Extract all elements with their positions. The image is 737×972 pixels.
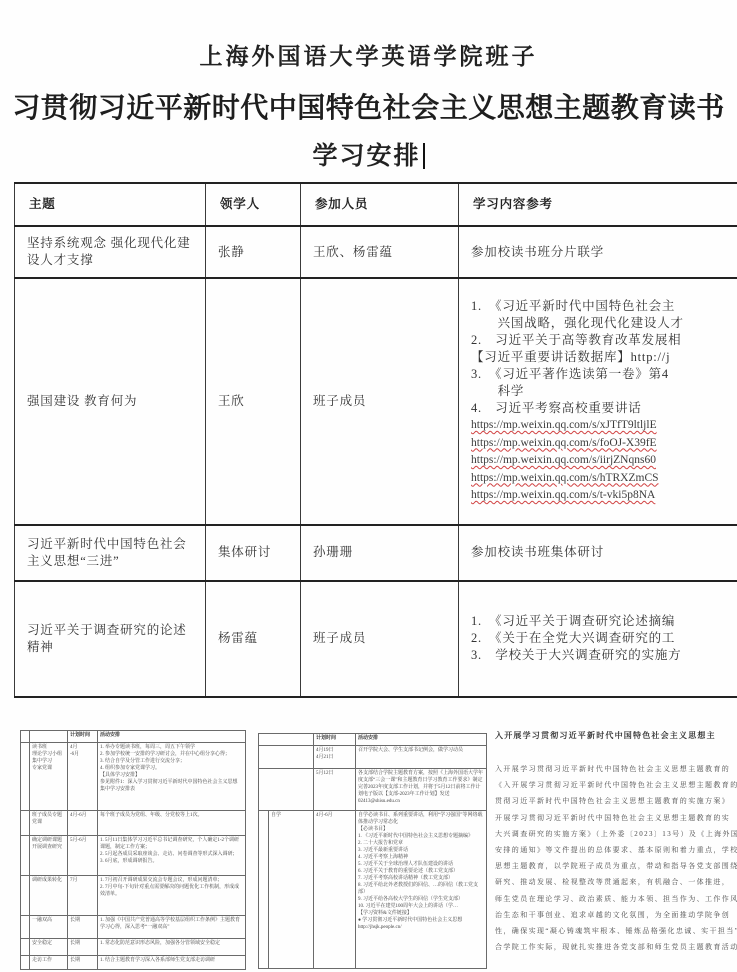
participants-cell: 王欣、杨雷蕴 (301, 226, 459, 278)
document-canvas: 上海外国语大学英语学院班子 习贯彻习近平新时代中国特色社会主义思想主题教育读书 … (0, 0, 737, 972)
page-title-line3: 学习安排 (0, 136, 737, 172)
leader-cell: 王欣 (206, 278, 301, 525)
table-header-row: 计划时间 活动安排 (259, 734, 487, 746)
column-header-participants: 参加人员 (301, 183, 459, 226)
activity-cell: 1. 5月11日集体学习习近平总书记调查研究，个人确定1-2个调研课题，制定工作… (98, 836, 246, 876)
label-cell: 走访工作 (30, 956, 68, 970)
column-header-topic: 主题 (15, 183, 206, 226)
time-cell: 7月 (68, 876, 98, 916)
activity-cell: 1. 结合主题教育学习深入各系部师生党支部走访调研 (98, 956, 246, 970)
table-row: 读书班 理论学习小组 集中学习 专家党课 4月 -6月 1. 举办专题读书班，每… (21, 743, 246, 811)
content-cell: 参加校读书班分片联学 (459, 226, 737, 278)
content-cell: 1. 《习近平新时代中国特色社会主 兴国战略，强化现代化建设人才 2. 习近平关… (459, 278, 737, 525)
weixin-link-list[interactable]: https://mp.weixin.qq.com/s/xJTfT9ltljlE … (471, 417, 737, 505)
label-cell: 确定调研课题 开展调查研究 (30, 836, 68, 876)
label-cell (259, 769, 314, 811)
participants-cell: 孙珊珊 (301, 525, 459, 581)
label-cell: 一融双高 (30, 916, 68, 939)
empty-cell (21, 876, 30, 916)
schedule-table-middle: 计划时间 活动安排 4月19日 4月21日 召开学院大会、学生支部书记例会，做学… (258, 733, 487, 969)
column-header-activity: 活动安排 (356, 734, 487, 746)
table-header-row: 计划时间 活动安排 (21, 731, 246, 743)
leader-cell: 张静 (206, 226, 301, 278)
time-cell: 5月-6月 (68, 836, 98, 876)
column-header-content: 学习内容参考 (459, 183, 737, 226)
reference-list: 1. 《习近平新时代中国特色社会主 兴国战略，强化现代化建设人才 2. 习近平关… (471, 299, 684, 415)
table-row: 一融双高 长期 1. 加强《中国共产党普通高等学校基层组织工作条例》主题教育学习… (21, 916, 246, 939)
title-text: 学习安排 (312, 143, 420, 170)
time-cell: 4月-6月 (68, 811, 98, 836)
content-cell: 1. 《习近平关于调查研究论述摘编 2. 《关于在全党大兴调查研究的工 3. 学… (459, 581, 737, 697)
table-row: 安全稳定 长期 1. 常态化防范意识形态风险，加强各分管领域安全稳定 (21, 939, 246, 956)
activity-cell: 1. 加强《中国共产党普通高等学校基层组织工作条例》主题教育学习心得，深入思考“… (98, 916, 246, 939)
table-row: 自学 4月-6月 自学必读书目、系列重要讲话，利用“学习强国”等网络载体推动学习… (259, 811, 487, 969)
table-row: 班子成员专题党课 4月-6月 每个班子成员为党组、年级、分党校等上1次。 (21, 811, 246, 836)
time-cell: 4月 -6月 (68, 743, 98, 811)
column-header-time: 计划时间 (314, 734, 356, 746)
time-cell: 5月12日 (314, 769, 356, 811)
page-title-line2: 习贯彻习近平新时代中国特色社会主义思想主题教育读书 (12, 86, 725, 126)
topic-cell: 坚持系统观念 强化现代化建设人才支撑 (15, 226, 206, 278)
table-row: 4月19日 4月21日 召开学院大会、学生支部书记例会，做学习动员 (259, 746, 487, 769)
leader-cell: 集体研讨 (206, 525, 301, 581)
empty-cell (30, 731, 68, 743)
leader-cell: 杨雷蕴 (206, 581, 301, 697)
activity-cell: 自学必读书目、系列重要讲话，利用“学习强国”等网络载体推动学习常态化 【必读书目… (356, 811, 487, 969)
table-row: 强国建设 教育何为 王欣 班子成员 1. 《习近平新时代中国特色社会主 兴国战略… (15, 278, 737, 525)
column-header-time: 计划时间 (68, 731, 98, 743)
activity-cell: 召开学院大会、学生支部书记例会，做学习动员 (356, 746, 487, 769)
topic-cell: 强国建设 教育何为 (15, 278, 206, 525)
time-cell: 长期 (68, 956, 98, 970)
topic-cell: 习近平新时代中国特色社会主义思想“三进” (15, 525, 206, 581)
time-cell: 长期 (68, 939, 98, 956)
empty-cell (21, 731, 30, 743)
notice-body: 入开展学习贯彻习近平新时代中国特色社会主义思想主题教育的 《入开展学习贯彻习近平… (495, 761, 737, 955)
schedule-table-left: 计划时间 活动安排 读书班 理论学习小组 集中学习 专家党课 4月 -6月 1.… (20, 730, 246, 970)
table-row: 习近平关于调查研究的论述精神 杨雷蕴 班子成员 1. 《习近平关于调查研究论述摘… (15, 581, 737, 697)
notice-title: 入开展学习贯彻习近平新时代中国特色社会主义思想主 (495, 730, 737, 741)
study-plan-table: 主题 领学人 参加人员 学习内容参考 坚持系统观念 强化现代化建设人才支撑 张静… (14, 182, 737, 698)
page-title-line1: 上海外国语大学英语学院班子 (0, 38, 737, 71)
column-header-leader: 领学人 (206, 183, 301, 226)
notice-text-page: 入开展学习贯彻习近平新时代中国特色社会主义思想主 入开展学习贯彻习近平新时代中国… (495, 730, 737, 955)
time-cell: 4月19日 4月21日 (314, 746, 356, 769)
empty-cell (21, 916, 30, 939)
table-row: 确定调研课题 开展调查研究 5月-6月 1. 5月11日集体学习习近平总书记调查… (21, 836, 246, 876)
column-header-activity: 活动安排 (98, 731, 246, 743)
label-cell: 自学 (269, 811, 314, 969)
time-cell: 4月-6月 (314, 811, 356, 969)
empty-cell (21, 836, 30, 876)
text-cursor (423, 143, 425, 169)
activity-cell: 各支部结合学院主题教育方案，按照《上海外国语大学年度支部“三会一课”和主题教育日… (356, 769, 487, 811)
activity-cell: 每个班子成员为党组、年级、分党校等上1次。 (98, 811, 246, 836)
table-row: 调研成果转化 7月 1. 7月初召开调研成果交流会专题会议，形成问题清单； 2.… (21, 876, 246, 916)
table-row: 走访工作 长期 1. 结合主题教育学习深入各系部师生党支部走访调研 (21, 956, 246, 970)
label-cell: 安全稳定 (30, 939, 68, 956)
empty-cell (21, 939, 30, 956)
table-row: 5月12日 各支部结合学院主题教育方案，按照《上海外国语大学年度支部“三会一课”… (259, 769, 487, 811)
participants-cell: 班子成员 (301, 278, 459, 525)
topic-cell: 习近平关于调查研究的论述精神 (15, 581, 206, 697)
empty-cell (259, 811, 269, 969)
time-cell: 长期 (68, 916, 98, 939)
empty-cell (259, 734, 314, 746)
label-cell: 班子成员专题党课 (30, 811, 68, 836)
table-row: 坚持系统观念 强化现代化建设人才支撑 张静 王欣、杨雷蕴 参加校读书班分片联学 (15, 226, 737, 278)
activity-cell: 1. 常态化防范意识形态风险，加强各分管领域安全稳定 (98, 939, 246, 956)
empty-cell (21, 956, 30, 970)
empty-cell (21, 811, 30, 836)
empty-cell (21, 743, 30, 811)
participants-cell: 班子成员 (301, 581, 459, 697)
table-header-row: 主题 领学人 参加人员 学习内容参考 (15, 183, 737, 226)
label-cell: 读书班 理论学习小组 集中学习 专家党课 (30, 743, 68, 811)
label-cell (259, 746, 314, 769)
activity-cell: 1. 7月初召开调研成果交流会专题会议，形成问题清单； 2. 7月中旬-下旬针对… (98, 876, 246, 916)
label-cell: 调研成果转化 (30, 876, 68, 916)
table-row: 习近平新时代中国特色社会主义思想“三进” 集体研讨 孙珊珊 参加校读书班集体研讨 (15, 525, 737, 581)
content-cell: 参加校读书班集体研讨 (459, 525, 737, 581)
activity-cell: 1. 举办专题读书班，每周三，周五下午领学 2. 参加学校统一安排的学习研讨会，… (98, 743, 246, 811)
